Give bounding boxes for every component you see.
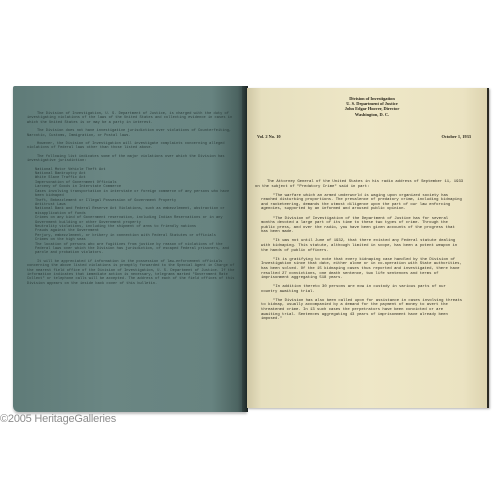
issue-meta: Vol. 2 No. 10 October 1, 1933	[257, 134, 471, 139]
left-closing-paragraph: It will be appreciated if information in…	[27, 260, 237, 286]
violations-list: National Motor Vehicle Theft Act Nationa…	[27, 168, 237, 256]
left-page-text: The Division of Investigation, U. S. Dep…	[27, 112, 237, 290]
list-item: The location of persons who are fugitive…	[35, 243, 237, 256]
letterhead: Division of Investigation U. S. Departme…	[327, 96, 417, 117]
left-page: The Division of Investigation, U. S. Dep…	[13, 86, 247, 412]
right-page-body: The Attorney General of the United State…	[255, 180, 469, 326]
open-bulletin: The Division of Investigation, U. S. Dep…	[0, 0, 500, 500]
list-item: Crimes on any kind of Government reserva…	[35, 216, 237, 225]
list-item: Cases involving transportation in inters…	[35, 190, 237, 199]
intro-paragraph: The Attorney General of the United State…	[255, 180, 469, 189]
quote-paragraph: "It is gratifying to note that every kid…	[255, 258, 469, 281]
right-page: Division of Investigation U. S. Departme…	[247, 88, 489, 408]
left-paragraph: The following list indicates some of the…	[27, 155, 237, 164]
quote-paragraph: "In addition thereto 30 persons are now …	[255, 285, 469, 294]
quote-paragraph: "The warfare which an armed underworld i…	[255, 194, 469, 212]
quote-paragraph: "The Division of Investigation of the De…	[255, 217, 469, 235]
left-paragraph: The Division does not have investigative…	[27, 129, 237, 138]
quote-paragraph: "The Division has also been called upon …	[255, 299, 469, 322]
left-paragraph: However, the Division of Investigation w…	[27, 142, 237, 151]
letterhead-line: Washington, D. C.	[327, 112, 417, 117]
issue-date: October 1, 1933	[441, 134, 471, 139]
volume-number: Vol. 2 No. 10	[257, 134, 281, 139]
quote-paragraph: "It was not until June of 1932, that the…	[255, 239, 469, 253]
left-paragraph: The Division of Investigation, U. S. Dep…	[27, 112, 237, 125]
copyright-watermark: ©2005 HeritageGalleries	[0, 413, 116, 425]
list-item: National Bank and Federal Reserve Act Vi…	[35, 207, 237, 216]
